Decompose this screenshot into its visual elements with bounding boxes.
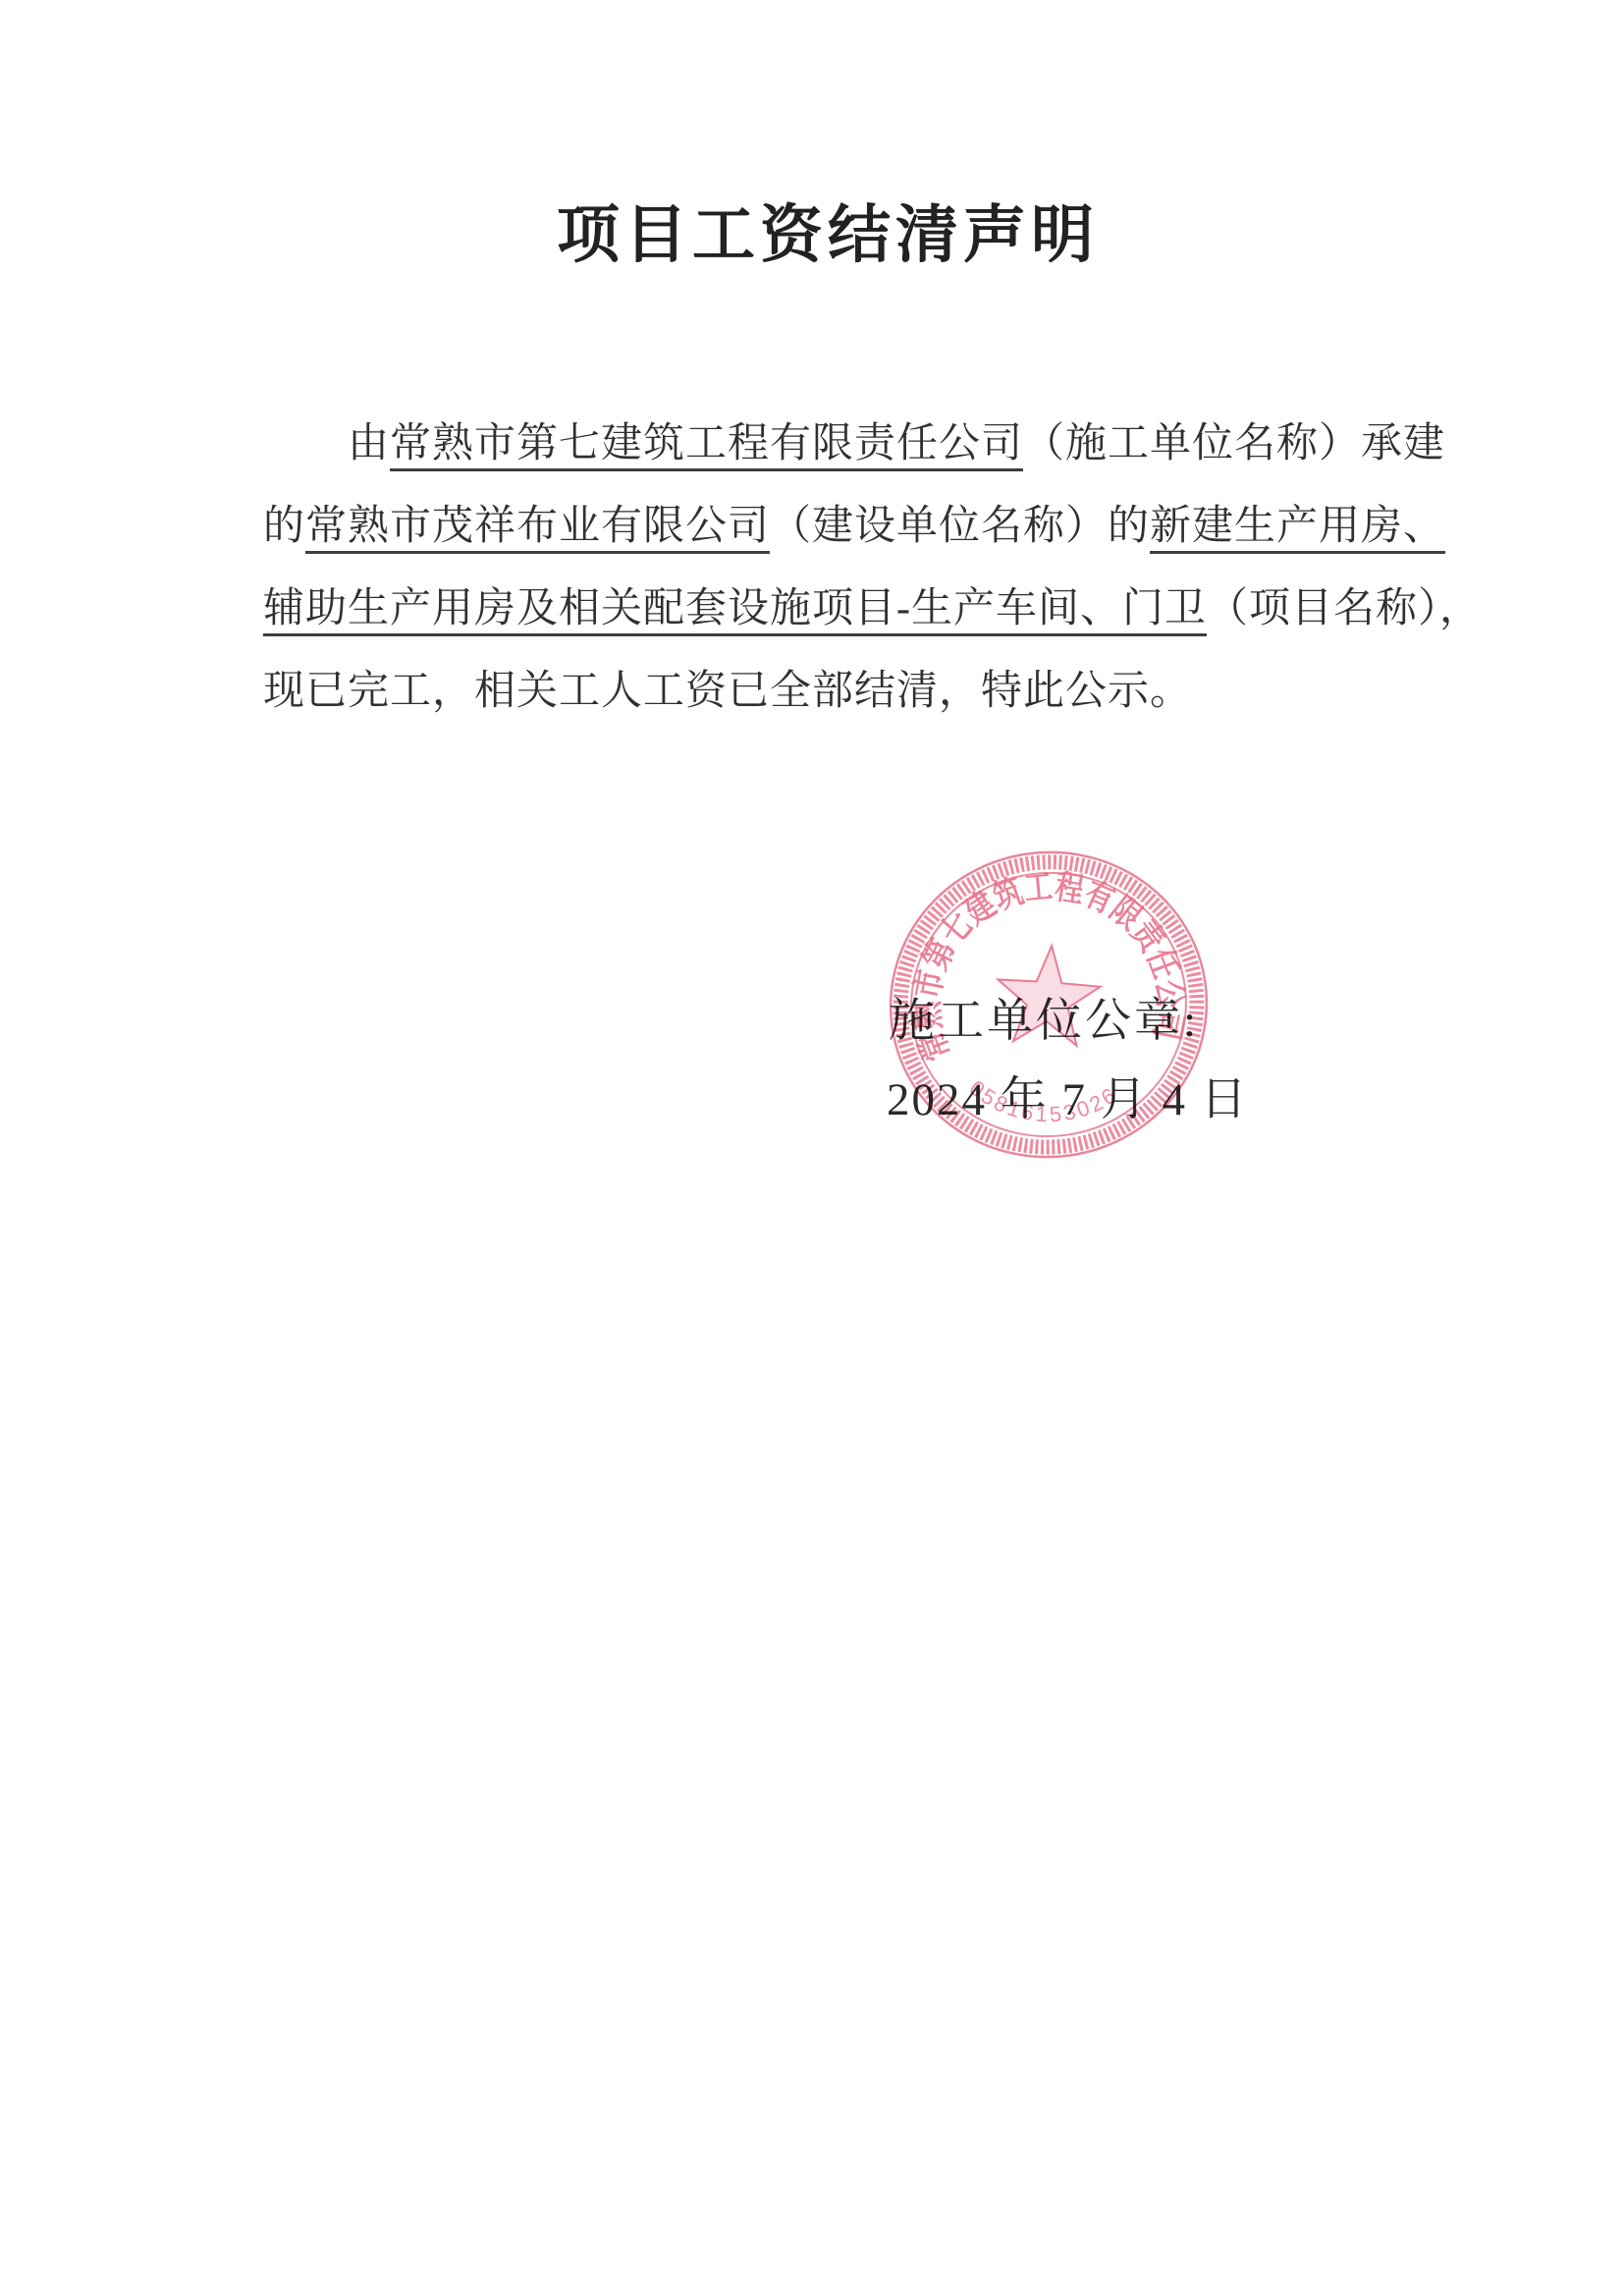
paragraph-line: 辅助生产用房及相关配套设施项目-生产车间、门卫（项目名称），	[263, 568, 1402, 650]
text-run: 现已完工，相关工人工资已全部结清，特此公示。	[263, 669, 1192, 714]
text-run: （建设单位名称）的	[770, 504, 1150, 549]
paragraph-line: 现已完工，相关工人工资已全部结清，特此公示。	[263, 650, 1402, 733]
statement-paragraph: 由常熟市第七建筑工程有限责任公司（施工单位名称）承建的常熟市茂祥布业有限公司（建…	[263, 403, 1402, 733]
underlined-text-run: 常熟市茂祥布业有限公司	[305, 504, 770, 554]
text-run: （项目名称），	[1207, 586, 1482, 631]
document-date: 2024 年 7 月 4 日	[887, 1072, 1249, 1127]
underlined-text-run: 辅助生产用房及相关配套设施项目-生产车间、门卫	[263, 586, 1207, 636]
document-title: 项目工资结清声明	[263, 196, 1392, 275]
text-run: 的	[263, 504, 305, 549]
underlined-text-run: 常熟市第七建筑工程有限责任公司	[390, 421, 1023, 471]
underlined-text-run: 新建生产用房、	[1150, 504, 1445, 554]
seal-caption: 施工单位公章:	[889, 994, 1199, 1049]
document-page: 项目工资结清声明 由常熟市第七建筑工程有限责任公司（施工单位名称）承建的常熟市茂…	[0, 0, 1623, 2296]
paragraph-line: 的常熟市茂祥布业有限公司（建设单位名称）的新建生产用房、	[263, 485, 1402, 568]
text-run: 由	[348, 421, 390, 466]
text-run: （施工单位名称）承建	[1023, 421, 1445, 466]
paragraph-line: 由常熟市第七建筑工程有限责任公司（施工单位名称）承建	[263, 403, 1402, 485]
